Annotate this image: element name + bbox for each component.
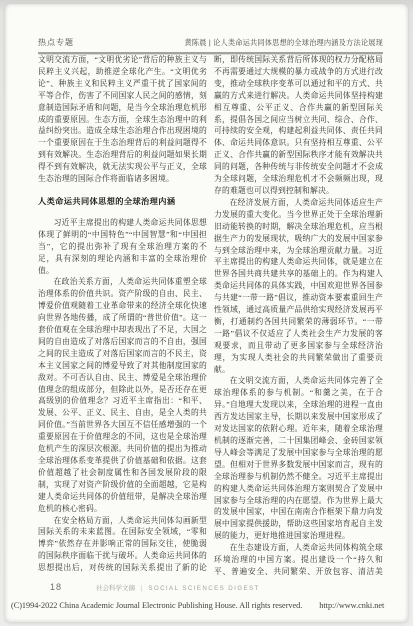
running-title: 黄陈晨 | 论人类命运共同体思想的全球治理内涵及方法论展现 bbox=[184, 38, 383, 48]
document-page: 热点专题 黄陈晨 | 论人类命运共同体思想的全球治理内涵及方法论展现 文明交流方… bbox=[5, 4, 408, 622]
page-number: 18 bbox=[50, 582, 62, 592]
page-footer: 18 社会科学文摘 | SOCIAL SCIENCES DIGEST bbox=[50, 582, 260, 592]
paragraph: 在经济发展方面，人类命运共同体适应生产力发展的重大变化。当今世界正处于全球治理新… bbox=[214, 197, 383, 376]
article-body: 文明交流方面，“文明优劣论”背后的种族主义与民粹主义兴起，助推逆全球化产生。“文… bbox=[38, 54, 383, 580]
paragraph: 在文明交流方面，人类命运共同体完善了全球治理体系的参与机制。“和羹之美，在于合异… bbox=[214, 375, 383, 542]
copyright-bar: (C)1994-2022 China Academic Journal Elec… bbox=[11, 601, 402, 610]
scan-background: 热点专题 黄陈晨 | 论人类命运共同体思想的全球治理内涵及方法论展现 文明交流方… bbox=[0, 0, 413, 626]
journal-name: 社会科学文摘 bbox=[96, 583, 135, 592]
copyright-notice: (C)1994-2022 China Academic Journal Elec… bbox=[11, 601, 302, 610]
cnki-url: http://www.cnki.net bbox=[319, 601, 384, 610]
footer-separator: | bbox=[141, 585, 142, 592]
paragraph: 在政治关系方面，人类命运共同体重塑全球治理体系的价值共识。资产阶级的自由、民主、… bbox=[38, 276, 207, 514]
section-heading: 人类命运共同体思想的全球治理内涵 bbox=[38, 196, 207, 208]
section-label: 热点专题 bbox=[38, 37, 74, 48]
page-header: 热点专题 黄陈晨 | 论人类命运共同体思想的全球治理内涵及方法论展现 bbox=[38, 32, 383, 54]
paragraph: 习近平主席提出的构建人类命运共同体思想体现了鲜明的“中国特色”“中国智慧”和“中… bbox=[38, 217, 207, 277]
journal-name-en: SOCIAL SCIENCES DIGEST bbox=[148, 585, 259, 592]
paragraph-continuation: 文明交流方面，“文明优劣论”背后的种族主义与民粹主义兴起，助推逆全球化产生。“文… bbox=[38, 54, 207, 185]
